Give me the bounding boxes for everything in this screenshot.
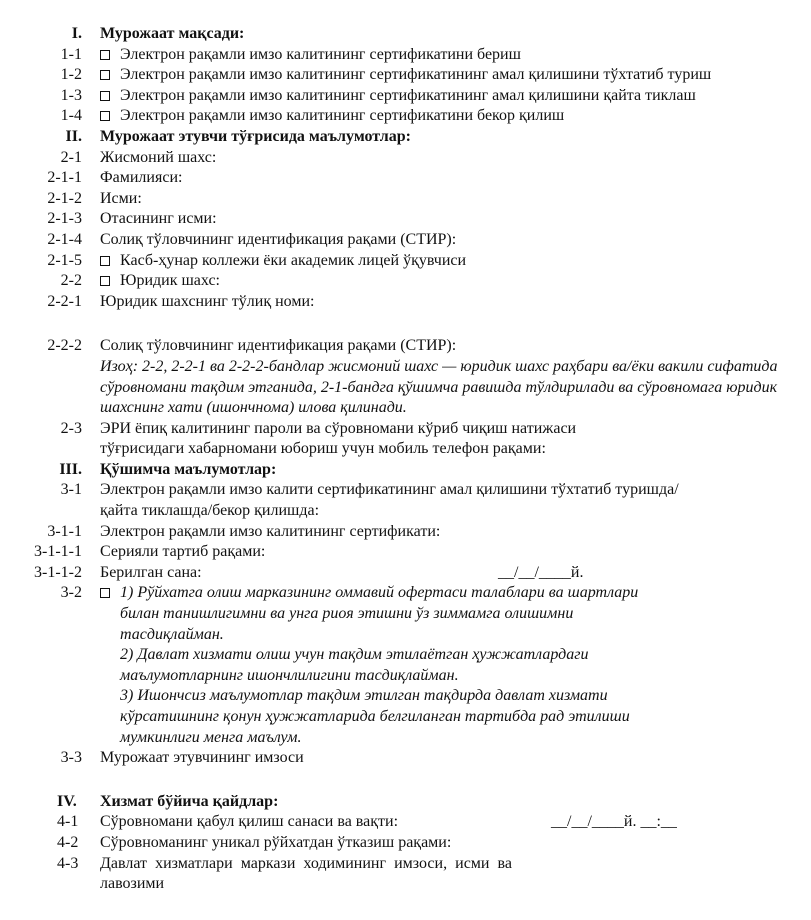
item-number: 1-4	[0, 106, 82, 127]
field-label: Электрон рақамли имзо калити сертификати…	[100, 480, 700, 521]
item-3-1-1: 3-1-1 Электрон рақамли имзо калитининг с…	[0, 522, 811, 543]
section-numeral: II.	[0, 127, 82, 148]
item-number: 3-3	[0, 748, 82, 769]
item-3-1: 3-1 Электрон рақамли имзо калити сертифи…	[0, 480, 811, 521]
field-label: Исми:	[82, 189, 811, 210]
item-4-2: 4-2 Сўровноманинг уникал рўйхатдан ўтказ…	[0, 833, 811, 854]
item-2-1-2: 2-1-2 Исми:	[0, 189, 811, 210]
item-2-1-5: 2-1-5 Касб-ҳунар коллежи ёки академик ли…	[0, 251, 811, 272]
item-number: 4-3	[0, 854, 82, 875]
spacer	[0, 769, 811, 792]
checkbox-icon[interactable]	[100, 50, 110, 60]
item-1-2: 1-2 Электрон рақамли имзо калитининг сер…	[0, 65, 811, 86]
item-2-2: 2-2 Юридик шахс:	[0, 271, 811, 292]
item-number: 2-1-1	[0, 168, 82, 189]
item-number: 2-1	[0, 148, 82, 169]
item-number: 2-3	[0, 419, 82, 440]
item-4-3: 4-3 Давлат хизматлари маркази ходимининг…	[0, 854, 811, 895]
item-text: Электрон рақамли имзо калитининг сертифи…	[120, 86, 696, 107]
section-title: Қўшимча маълумотлар:	[82, 460, 811, 481]
field-label: ЭРИ ёпиқ калитининг пароли ва сўровноман…	[100, 419, 628, 460]
section-1-heading: I. Мурожаат мақсади:	[0, 24, 811, 45]
consent-3: 3) Ишончсиз маълумотлар тақдим этилган т…	[120, 686, 640, 748]
item-3-2: 3-2 1) Рўйхатга олиш марказининг оммавий…	[0, 583, 811, 748]
section-title: Хизмат бўйича қайдлар:	[82, 792, 811, 813]
item-number: 2-1-5	[0, 251, 82, 272]
item-2-3: 2-3 ЭРИ ёпиқ калитининг пароли ва сўровн…	[0, 419, 811, 460]
field-label: Солиқ тўловчининг идентификация рақами (…	[82, 230, 811, 251]
section-title: Мурожаат мақсади:	[82, 24, 811, 45]
item-number: 2-1-3	[0, 209, 82, 230]
item-number: 2-2-1	[0, 292, 82, 313]
item-2-2-2: 2-2-2 Солиқ тўловчининг идентификация ра…	[0, 336, 811, 357]
field-label: Давлат хизматлари маркази ходимининг имз…	[100, 854, 512, 895]
received-datetime-field[interactable]: __/__/____й. __:__	[551, 812, 677, 833]
item-number: 2-1-2	[0, 189, 82, 210]
field-label: Серияли тартиб рақами:	[82, 542, 811, 563]
item-3-3: 3-3 Мурожаат этувчининг имзоси	[0, 748, 811, 769]
item-number: 3-1-1-2	[0, 563, 82, 584]
item-3-1-1-2: 3-1-1-2 Берилган сана: __/__/____й.	[0, 563, 811, 584]
consent-statements: 1) Рўйхатга олиш марказининг оммавий офе…	[120, 583, 680, 748]
item-4-1: 4-1 Сўровномани қабул қилиш санаси ва ва…	[0, 812, 811, 833]
field-label: Фамилияси:	[82, 168, 811, 189]
field-label: Электрон рақамли имзо калитининг сертифи…	[82, 522, 811, 543]
item-number: 3-1-1-1	[0, 542, 82, 563]
checkbox-icon[interactable]	[100, 91, 110, 101]
field-label: Юридик шахснинг тўлиқ номи:	[82, 292, 811, 313]
checkbox-icon[interactable]	[100, 276, 110, 286]
section-numeral: III.	[0, 460, 82, 481]
issue-date-field[interactable]: __/__/____й.	[498, 563, 583, 584]
section-4-heading: IV. Хизмат бўйича қайдлар:	[0, 792, 811, 813]
consent-2: 2) Давлат хизмати олиш учун тақдим этила…	[120, 645, 640, 686]
item-text: Электрон рақамли имзо калитининг сертифи…	[120, 106, 564, 127]
item-2-1-4: 2-1-4 Солиқ тўловчининг идентификация ра…	[0, 230, 811, 251]
item-text: Касб-ҳунар коллежи ёки академик лицей ўқ…	[120, 251, 466, 272]
item-3-1-1-1: 3-1-1-1 Серияли тартиб рақами:	[0, 542, 811, 563]
field-label: Сўровноманинг уникал рўйхатдан ўтказиш р…	[82, 833, 811, 854]
item-number: 2-1-4	[0, 230, 82, 251]
checkbox-icon[interactable]	[100, 70, 110, 80]
section-3-heading: III. Қўшимча маълумотлар:	[0, 460, 811, 481]
item-2-1: 2-1 Жисмоний шахс:	[0, 148, 811, 169]
item-number: 3-1-1	[0, 522, 82, 543]
field-label: Жисмоний шахс:	[82, 148, 811, 169]
item-text: Электрон рақамли имзо калитининг сертифи…	[120, 65, 711, 86]
section-title: Мурожаат этувчи тўғрисида маълумотлар:	[82, 127, 811, 148]
item-number: 4-1	[0, 812, 82, 833]
field-label: Берилган сана:	[82, 563, 811, 584]
item-1-1: 1-1 Электрон рақамли имзо калитининг сер…	[0, 45, 811, 66]
item-number: 4-2	[0, 833, 82, 854]
field-label: Солиқ тўловчининг идентификация рақами (…	[82, 336, 811, 357]
item-text: Юридик шахс:	[120, 271, 220, 292]
item-number: 3-2	[0, 583, 82, 604]
item-number: 1-2	[0, 65, 82, 86]
spacer	[0, 312, 811, 336]
item-number: 1-1	[0, 45, 82, 66]
checkbox-icon[interactable]	[100, 588, 110, 598]
item-number: 3-1	[0, 480, 82, 501]
application-form: I. Мурожаат мақсади: 1-1 Электрон рақамл…	[0, 24, 811, 895]
item-number: 2-2-2	[0, 336, 82, 357]
section-numeral: I.	[0, 24, 82, 45]
item-2-2-1: 2-2-1 Юридик шахснинг тўлиқ номи:	[0, 292, 811, 313]
note-text: Изоҳ: 2-2, 2-2-1 ва 2-2-2-бандлар жисмон…	[0, 357, 811, 419]
field-label: Сўровномани қабул қилиш санаси ва вақти:	[82, 812, 811, 833]
field-label: Мурожаат этувчининг имзоси	[82, 748, 811, 769]
item-number: 1-3	[0, 86, 82, 107]
item-2-1-3: 2-1-3 Отасининг исми:	[0, 209, 811, 230]
item-number: 2-2	[0, 271, 82, 292]
item-1-4: 1-4 Электрон рақамли имзо калитининг сер…	[0, 106, 811, 127]
checkbox-icon[interactable]	[100, 256, 110, 266]
item-text: Электрон рақамли имзо калитининг сертифи…	[120, 45, 521, 66]
section-numeral: IV.	[0, 792, 82, 813]
section-2-heading: II. Мурожаат этувчи тўғрисида маълумотла…	[0, 127, 811, 148]
item-2-1-1: 2-1-1 Фамилияси:	[0, 168, 811, 189]
item-1-3: 1-3 Электрон рақамли имзо калитининг сер…	[0, 86, 811, 107]
checkbox-icon[interactable]	[100, 111, 110, 121]
consent-1: 1) Рўйхатга олиш марказининг оммавий офе…	[120, 583, 680, 645]
field-label: Отасининг исми:	[82, 209, 811, 230]
